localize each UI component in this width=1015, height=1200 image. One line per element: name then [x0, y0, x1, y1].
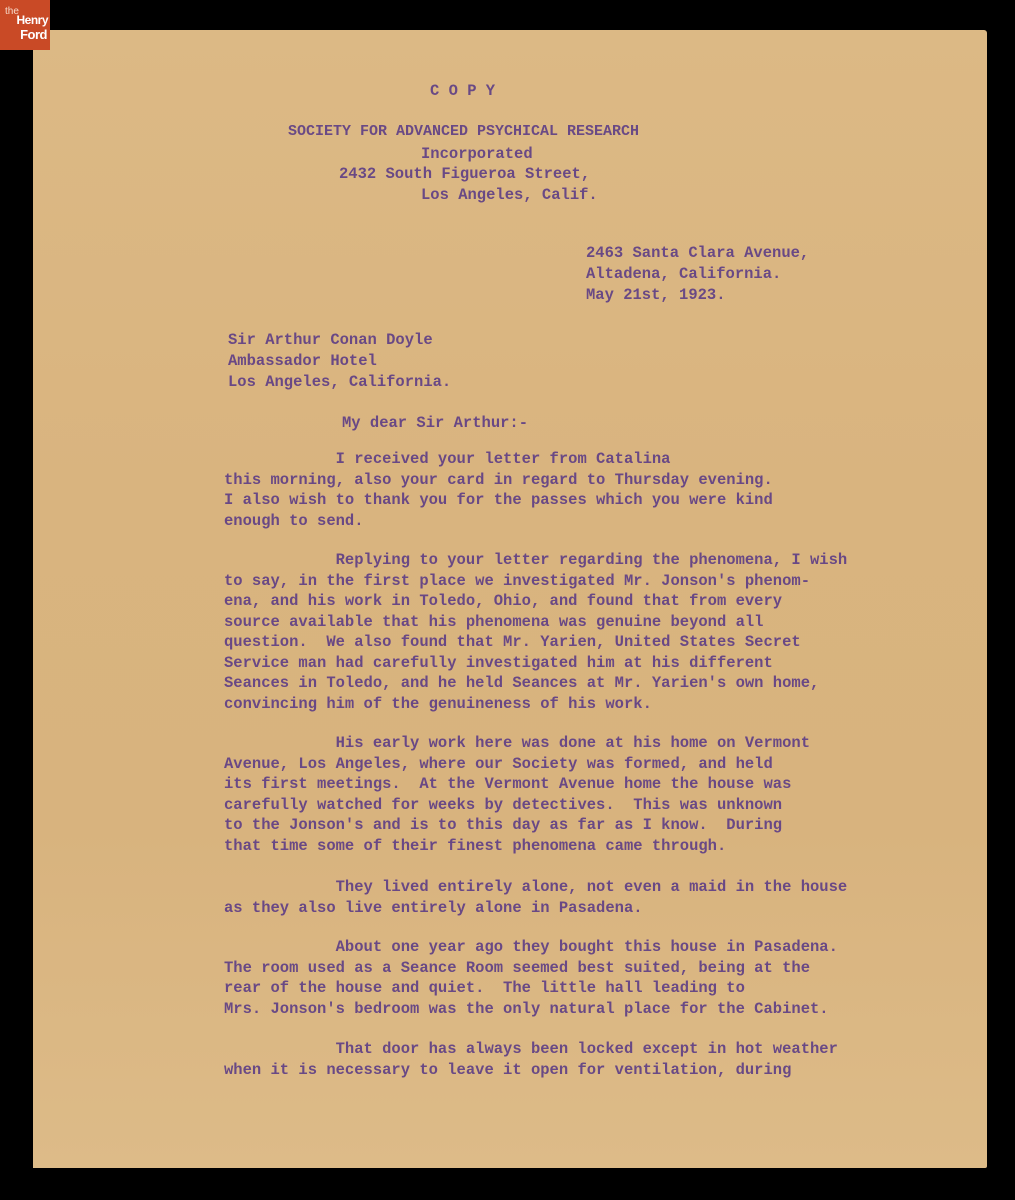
org-name: SOCIETY FOR ADVANCED PSYCHICAL RESEARCH [288, 122, 639, 143]
body-line: carefully watched for weeks by detective… [224, 795, 810, 816]
paragraph-5: About one year ago they bought this hous… [224, 937, 838, 1019]
org-status: Incorporated [421, 144, 533, 165]
body-line: That door has always been locked except … [224, 1039, 838, 1060]
sender-street: 2463 Santa Clara Avenue, [586, 243, 809, 264]
body-line: as they also live entirely alone in Pasa… [224, 898, 847, 919]
recipient-city: Los Angeles, California. [228, 372, 451, 393]
henry-ford-logo: the Henry Ford [0, 0, 50, 50]
body-line: About one year ago they bought this hous… [224, 937, 838, 958]
logo-ford: Ford [20, 27, 47, 42]
body-line: source available that his phenomena was … [224, 612, 847, 633]
paragraph-2: Replying to your letter regarding the ph… [224, 550, 847, 714]
body-line: Seances in Toledo, and he held Seances a… [224, 673, 847, 694]
paragraph-6: That door has always been locked except … [224, 1039, 838, 1080]
body-line: I also wish to thank you for the passes … [224, 490, 773, 511]
body-line: Replying to your letter regarding the ph… [224, 550, 847, 571]
org-city: Los Angeles, Calif. [421, 185, 598, 206]
body-line: to the Jonson's and is to this day as fa… [224, 815, 810, 836]
body-line: The room used as a Seance Room seemed be… [224, 958, 838, 979]
body-line: its first meetings. At the Vermont Avenu… [224, 774, 810, 795]
recipient-hotel: Ambassador Hotel [228, 351, 377, 372]
body-line: enough to send. [224, 511, 773, 532]
body-line: to say, in the first place we investigat… [224, 571, 847, 592]
body-line: ena, and his work in Toledo, Ohio, and f… [224, 591, 847, 612]
body-line: convincing him of the genuineness of his… [224, 694, 847, 715]
body-line: They lived entirely alone, not even a ma… [224, 877, 847, 898]
body-line: Avenue, Los Angeles, where our Society w… [224, 754, 810, 775]
copy-mark: C O P Y [430, 81, 495, 102]
paragraph-1: I received your letter from Catalina thi… [224, 449, 773, 531]
body-line: His early work here was done at his home… [224, 733, 810, 754]
recipient-name: Sir Arthur Conan Doyle [228, 330, 433, 351]
logo-henry: Henry [16, 13, 48, 27]
salutation: My dear Sir Arthur:- [342, 413, 528, 434]
paragraph-3: His early work here was done at his home… [224, 733, 810, 856]
body-line: rear of the house and quiet. The little … [224, 978, 838, 999]
sender-city: Altadena, California. [586, 264, 781, 285]
body-line: that time some of their finest phenomena… [224, 836, 810, 857]
letter-date: May 21st, 1923. [586, 285, 726, 306]
body-line: question. We also found that Mr. Yarien,… [224, 632, 847, 653]
body-line: when it is necessary to leave it open fo… [224, 1060, 838, 1081]
paragraph-4: They lived entirely alone, not even a ma… [224, 877, 847, 918]
body-line: Mrs. Jonson's bedroom was the only natur… [224, 999, 838, 1020]
body-line: Service man had carefully investigated h… [224, 653, 847, 674]
org-street: 2432 South Figueroa Street, [339, 164, 590, 185]
body-line: I received your letter from Catalina [224, 449, 773, 470]
body-line: this morning, also your card in regard t… [224, 470, 773, 491]
